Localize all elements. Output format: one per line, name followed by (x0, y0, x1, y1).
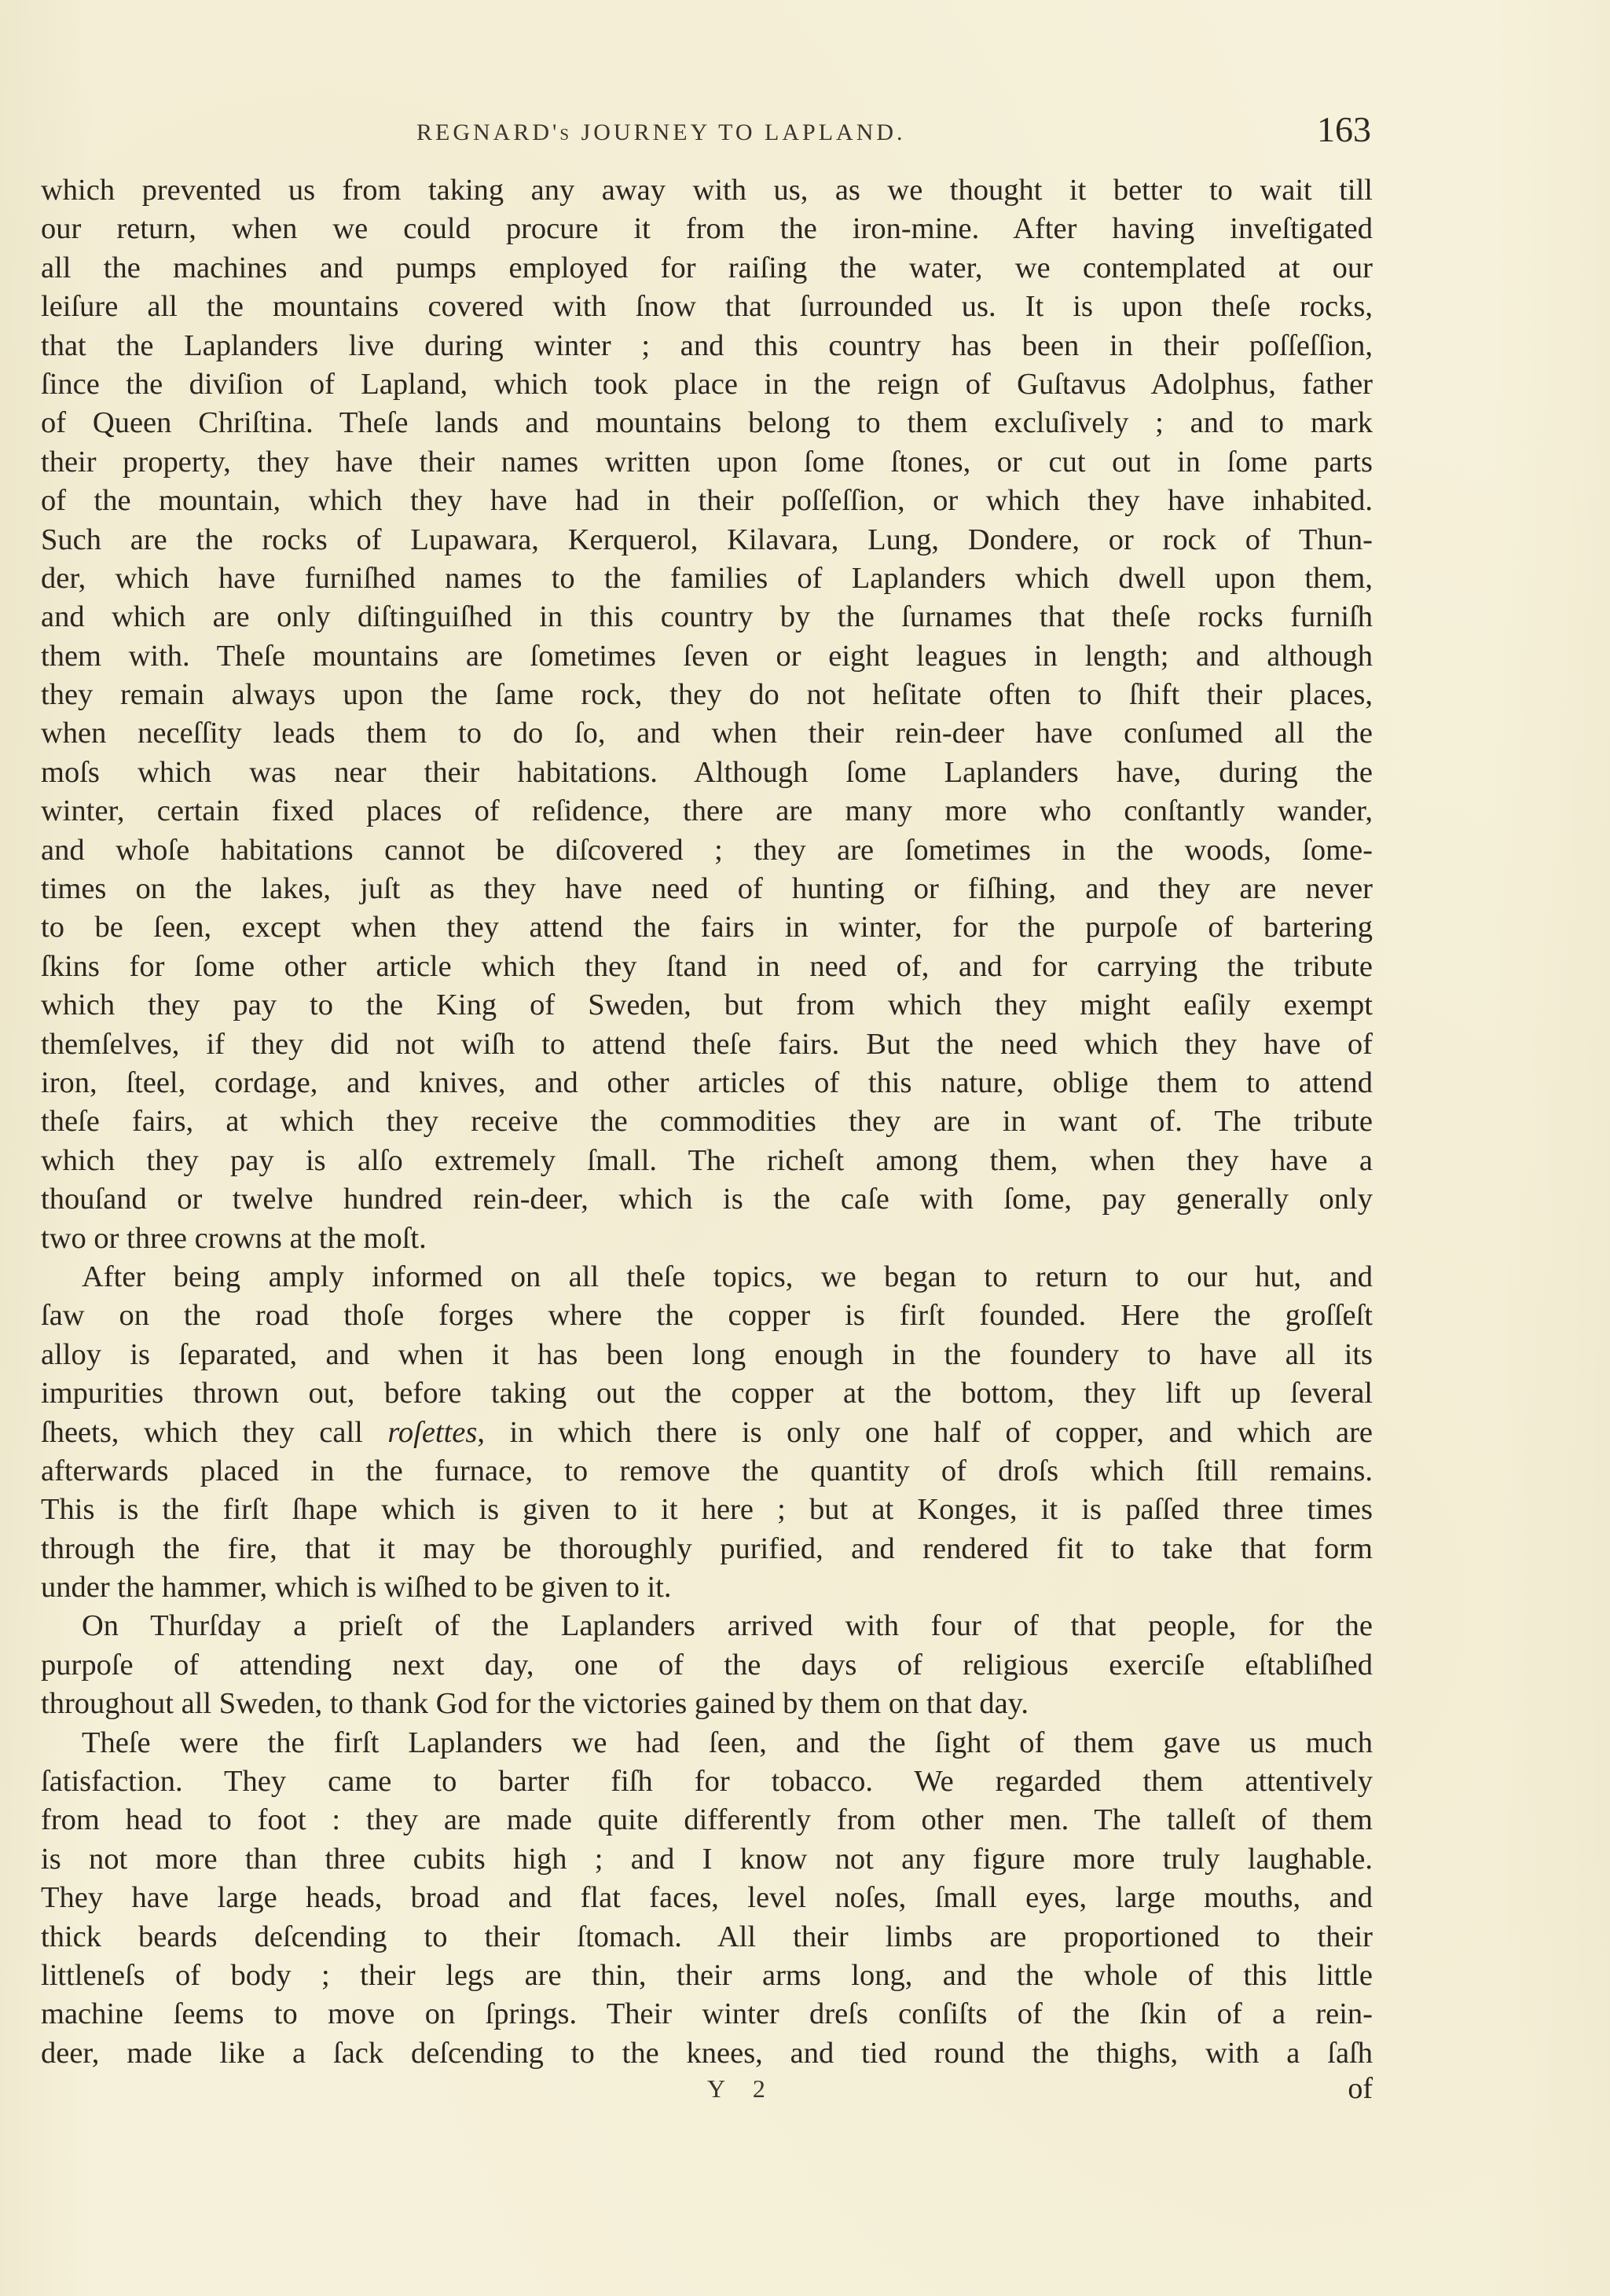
text-line: of Queen Chriſtina. Theſe lands and moun… (41, 404, 1373, 442)
text-line: two or three crowns at the moſt. (41, 1220, 1373, 1258)
text-line: ſheets, which they call roſettes, in whi… (41, 1414, 1373, 1452)
text-segment: ſheets, which they call (41, 1416, 387, 1449)
page-number: 163 (1317, 108, 1371, 150)
text-line: is not more than three cubits high ; and… (41, 1840, 1373, 1879)
text-line: all the machines and pumps employed for … (41, 249, 1373, 288)
text-line: them with. Theſe mountains are ſometimes… (41, 637, 1373, 676)
text-line: they remain always upon the ſame rock, t… (41, 676, 1373, 714)
text-line: afterwards placed in the furnace, to rem… (41, 1452, 1373, 1491)
text-line: their property, they have their names wr… (41, 443, 1373, 482)
page-header: REGNARD's JOURNEY TO LAPLAND. 163 (416, 110, 1371, 157)
text-line: der, which have furniſhed names to the f… (41, 559, 1373, 598)
text-line: thick beards deſcending to their ſtomach… (41, 1918, 1373, 1957)
text-line: leiſure all the mountains covered with ſ… (41, 288, 1373, 326)
text-line: impurities thrown out, before taking out… (41, 1374, 1373, 1413)
text-line: ſince the diviſion of Lapland, which too… (41, 365, 1373, 404)
text-line: deer, made like a ſack deſcending to the… (41, 2034, 1373, 2073)
text-line: ſkins for ſome other article which they … (41, 948, 1373, 986)
text-line: Such are the rocks of Lupawara, Kerquero… (41, 521, 1373, 559)
text-line: winter, certain fixed places of reſidenc… (41, 792, 1373, 831)
text-segment: , in which there is only one half of cop… (477, 1416, 1373, 1449)
text-line: which they pay is alſo extremely ſmall. … (41, 1142, 1373, 1180)
text-line: which they pay to the King of Sweden, bu… (41, 986, 1373, 1025)
text-line: and which are only diſtinguiſhed in this… (41, 598, 1373, 636)
text-line: when neceſſity leads them to do ſo, and … (41, 714, 1373, 753)
text-line: through the fire, that it may be thoroug… (41, 1530, 1373, 1568)
text-line: and whoſe habitations cannot be diſcover… (41, 831, 1373, 870)
text-line: On Thurſday a prieſt of the Laplanders a… (41, 1607, 1373, 1645)
text-line: ſaw on the road thoſe forges where the c… (41, 1297, 1373, 1335)
text-line: times on the lakes, juſt as they have ne… (41, 870, 1373, 908)
catchword: of (1348, 2071, 1373, 2106)
text-line: alloy is ſeparated, and when it has been… (41, 1336, 1373, 1374)
text-line: machine ſeems to move on ſprings. Their … (41, 1995, 1373, 2034)
text-line: under the hammer, which is wiſhed to be … (41, 1568, 1373, 1607)
text-line: our return, when we could procure it fro… (41, 210, 1373, 248)
text-line: to be ſeen, except when they attend the … (41, 908, 1373, 947)
text-line: moſs which was near their habitations. A… (41, 754, 1373, 792)
text-line: This is the firſt ſhape which is given t… (41, 1491, 1373, 1529)
text-line: thouſand or twelve hundred rein-deer, wh… (41, 1180, 1373, 1219)
text-line: theſe fairs, at which they receive the c… (41, 1102, 1373, 1141)
body-text: which prevented us from taking any away … (41, 171, 1373, 2073)
page-footer: Y 2 of (41, 2074, 1373, 2114)
text-line: of the mountain, which they have had in … (41, 482, 1373, 520)
text-line: which prevented us from taking any away … (41, 171, 1373, 210)
text-line: themſelves, if they did not wiſh to atte… (41, 1025, 1373, 1064)
text-line: ſatisfaction. They came to barter fiſh f… (41, 1762, 1373, 1801)
signature-mark: Y 2 (707, 2074, 776, 2103)
text-line: They have large heads, broad and flat fa… (41, 1879, 1373, 1917)
text-line: littleneſs of body ; their legs are thin… (41, 1957, 1373, 1995)
text-line: iron, ſteel, cordage, and knives, and ot… (41, 1064, 1373, 1102)
text-line: throughout all Sweden, to thank God for … (41, 1685, 1373, 1723)
italic-term: roſettes (387, 1416, 477, 1449)
text-line: purpoſe of attending next day, one of th… (41, 1646, 1373, 1685)
book-page: REGNARD's JOURNEY TO LAPLAND. 163 which … (0, 0, 1610, 2296)
text-line: that the Laplanders live during winter ;… (41, 327, 1373, 365)
text-line: from head to foot : they are made quite … (41, 1801, 1373, 1839)
text-line: After being amply informed on all theſe … (41, 1258, 1373, 1297)
running-head: REGNARD's JOURNEY TO LAPLAND. (416, 119, 906, 146)
text-line: Theſe were the firſt Laplanders we had ſ… (41, 1724, 1373, 1762)
